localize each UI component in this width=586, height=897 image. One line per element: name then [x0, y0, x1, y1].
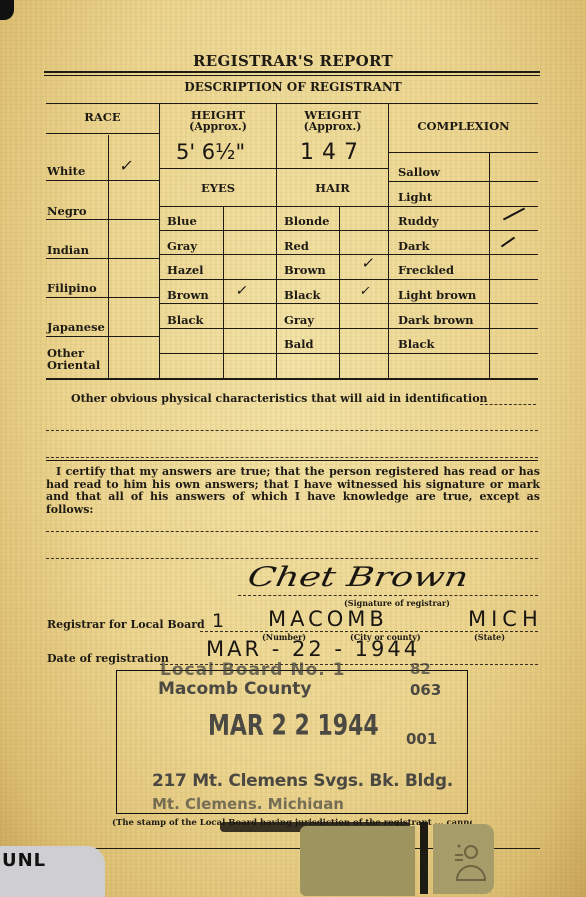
row-rule	[160, 353, 276, 354]
date-label: Date of registration	[47, 652, 169, 665]
local-board-city: MACOMB	[268, 607, 388, 631]
title-rule-2	[44, 75, 540, 76]
dark-strip	[420, 822, 428, 894]
race-japanese: Japanese	[47, 320, 105, 334]
race-filipino: Filipino	[47, 281, 97, 295]
complexion-freckled: Freckled	[398, 263, 454, 277]
stamp-line2-right: 063	[410, 681, 441, 699]
complexion-ruddy-check	[503, 207, 525, 220]
registrar-signature: Chet Brown	[245, 562, 470, 593]
stamp-address2: Mt. Clemens, Michigan	[152, 795, 344, 809]
row-rule	[160, 328, 276, 329]
row-rule	[277, 230, 388, 231]
row-rule	[160, 279, 276, 280]
certification-text: I certify that my answers are true; that…	[46, 466, 540, 516]
stamp-address1: 217 Mt. Clemens Svgs. Bk. Bldg.	[152, 771, 453, 791]
row-rule	[389, 230, 538, 231]
weight-value: 147	[300, 140, 366, 165]
signature-line	[238, 595, 538, 596]
row-rule	[389, 328, 538, 329]
characteristics-line-3	[46, 457, 538, 458]
complexion-sallow: Sallow	[398, 165, 440, 179]
person-icon	[433, 824, 494, 894]
race-other-oriental: Other Oriental	[47, 347, 107, 371]
complexion-dark-check	[501, 237, 515, 248]
row-rule	[389, 303, 538, 304]
report-title: REGISTRAR'S REPORT	[0, 52, 586, 70]
eyes-brown: Brown	[167, 288, 209, 302]
hair-brown-check: ✓	[360, 254, 376, 272]
complexion-light-brown: Light brown	[398, 288, 476, 302]
eyes-gray: Gray	[167, 239, 197, 253]
row-rule	[46, 219, 159, 220]
hair-black: Black	[284, 288, 321, 302]
hair-black-check: ✓	[359, 284, 373, 299]
person-badge[interactable]	[433, 824, 494, 894]
complexion-dark-brown: Dark brown	[398, 313, 474, 327]
corner-mark	[0, 0, 14, 20]
col-divider	[159, 103, 160, 378]
eyes-blue: Blue	[167, 214, 197, 228]
local-board-number: 1	[212, 610, 224, 632]
damaged-patch	[300, 826, 415, 896]
other-characteristics-label: Other obvious physical characteristics t…	[71, 392, 488, 405]
registration-card: REGISTRAR'S REPORT DESCRIPTION OF REGIST…	[0, 0, 586, 897]
eyes-header: EYES	[160, 182, 276, 194]
section-subtitle: DESCRIPTION OF REGISTRANT	[0, 80, 586, 94]
characteristics-field	[480, 404, 536, 405]
row-rule	[160, 254, 276, 255]
row-rule	[46, 297, 159, 298]
complexion-black: Black	[398, 337, 435, 351]
row-rule	[389, 181, 538, 182]
eyes-hazel: Hazel	[167, 263, 204, 277]
height-sub: (Approx.)	[160, 121, 276, 133]
complexion-dark: Dark	[398, 239, 429, 253]
complexion-header: COMPLEXION	[389, 120, 538, 132]
hair-red: Red	[284, 239, 309, 253]
row-rule	[46, 258, 159, 259]
race-white-check: ✓	[118, 156, 135, 175]
weight-sub: (Approx.)	[277, 121, 388, 133]
stamp-line1-right: 82	[410, 660, 431, 678]
corner-watermark: UNL	[2, 850, 46, 871]
race-header: RACE	[46, 111, 159, 123]
stamp-line2: Macomb County	[158, 679, 312, 699]
row-rule	[277, 279, 388, 280]
col-divider	[388, 103, 389, 378]
complexion-header-rule	[389, 152, 538, 153]
date-value: MAR - 22 - 1944	[206, 637, 420, 661]
row-rule	[46, 180, 159, 181]
row-rule	[277, 353, 388, 354]
hair-bald: Bald	[284, 337, 314, 351]
exceptions-line-2	[46, 558, 538, 559]
row-rule	[46, 336, 159, 337]
row-rule	[277, 303, 388, 304]
local-board-label: Registrar for Local Board	[47, 618, 205, 631]
complexion-ruddy: Ruddy	[398, 214, 439, 228]
row-rule	[277, 328, 388, 329]
hair-blonde: Blonde	[284, 214, 329, 228]
row-rule	[389, 206, 538, 207]
race-check-divider	[108, 135, 109, 378]
stamp-line1: Local Board No. 1	[160, 660, 346, 680]
eyes-brown-check: ✓	[235, 283, 250, 299]
hair-brown: Brown	[284, 263, 326, 277]
table-bottom-rule	[46, 378, 538, 380]
title-rule	[44, 71, 540, 73]
eyes-hair-header-rule	[160, 206, 388, 207]
hair-header: HAIR	[277, 182, 388, 194]
state-caption: (State)	[474, 632, 505, 642]
race-indian: Indian	[47, 243, 89, 257]
eyes-black: Black	[167, 313, 204, 327]
complexion-check-divider	[489, 153, 490, 378]
race-negro: Negro	[47, 204, 87, 218]
complexion-light: Light	[398, 190, 432, 204]
row-rule	[160, 303, 276, 304]
row-rule	[160, 230, 276, 231]
race-white: White	[47, 164, 85, 178]
stamp-date: MAR 2 2 1944	[208, 710, 379, 743]
hair-gray: Gray	[284, 313, 314, 327]
exceptions-line-1	[46, 531, 538, 532]
col-divider	[276, 103, 277, 378]
table-top-rule	[46, 103, 538, 104]
row-rule	[389, 279, 538, 280]
row-rule	[389, 353, 538, 354]
section-rule	[46, 460, 538, 461]
height-value: 5' 6½"	[176, 140, 245, 164]
race-header-rule	[46, 133, 159, 134]
local-board-state: MICH	[468, 607, 543, 631]
stamp-date-right: 001	[406, 730, 437, 748]
characteristics-line-2	[46, 430, 538, 431]
row-rule	[389, 254, 538, 255]
measure-rule	[160, 168, 388, 169]
